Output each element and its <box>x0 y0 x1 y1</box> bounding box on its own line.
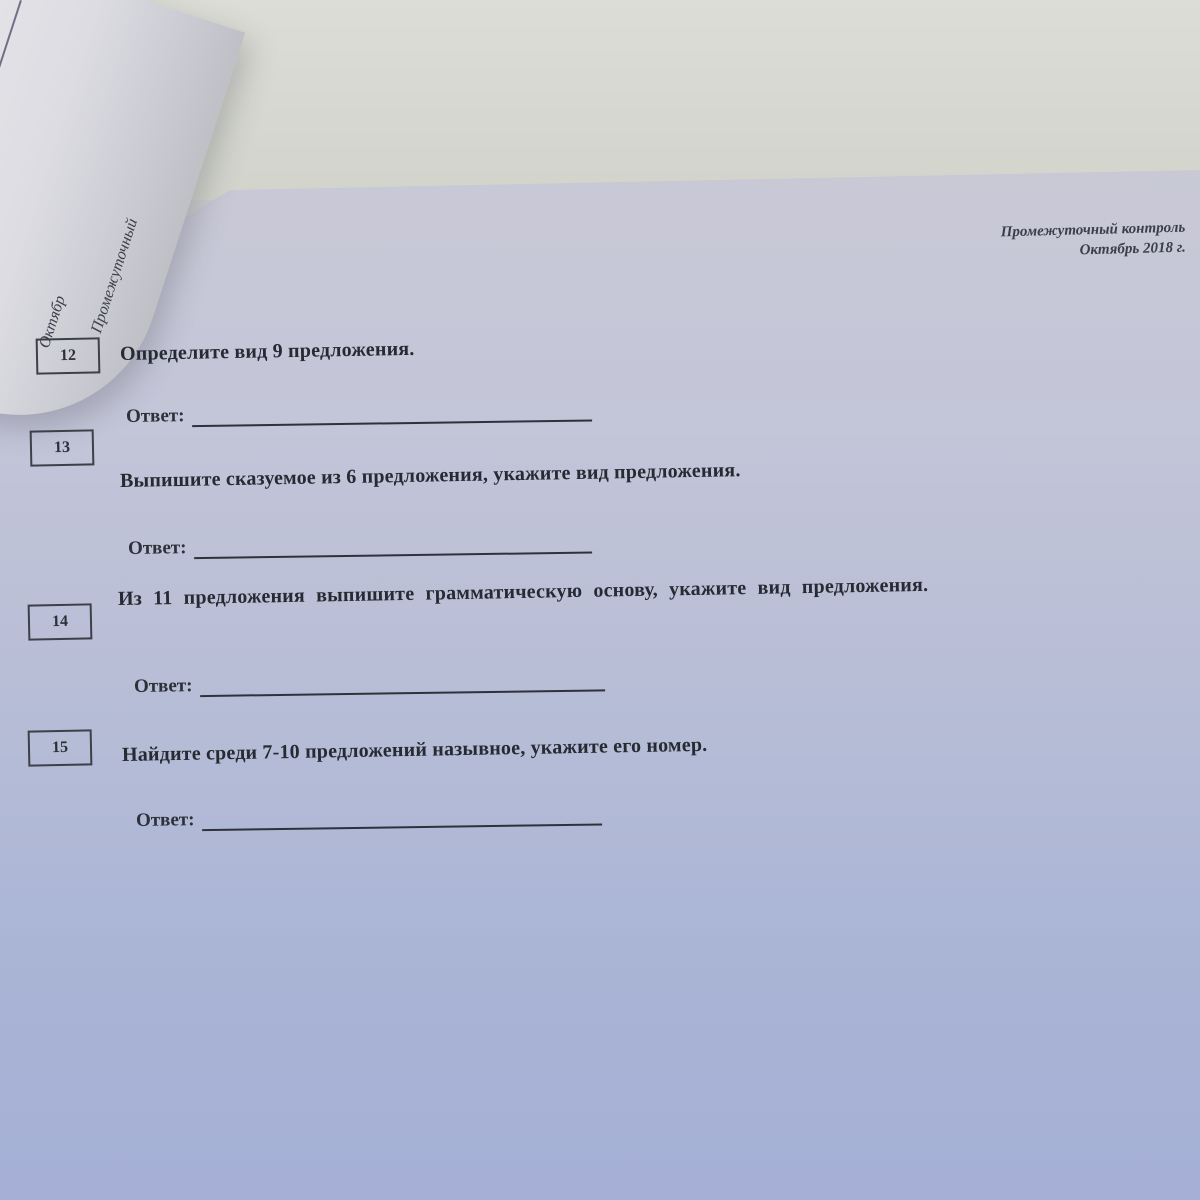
page-header: Промежуточный контроль Октябрь 2018 г. <box>1001 218 1187 263</box>
answer-label: Ответ: <box>126 405 185 428</box>
answer-label: Ответ: <box>128 537 187 560</box>
task-number-box: 12 <box>36 337 101 374</box>
task-number-box: 15 <box>28 729 93 766</box>
answer-label: Ответ: <box>134 675 193 698</box>
task-number-box: 13 <box>30 429 95 466</box>
answer-label: Ответ: <box>136 809 195 832</box>
task-number-box: 14 <box>28 603 93 640</box>
